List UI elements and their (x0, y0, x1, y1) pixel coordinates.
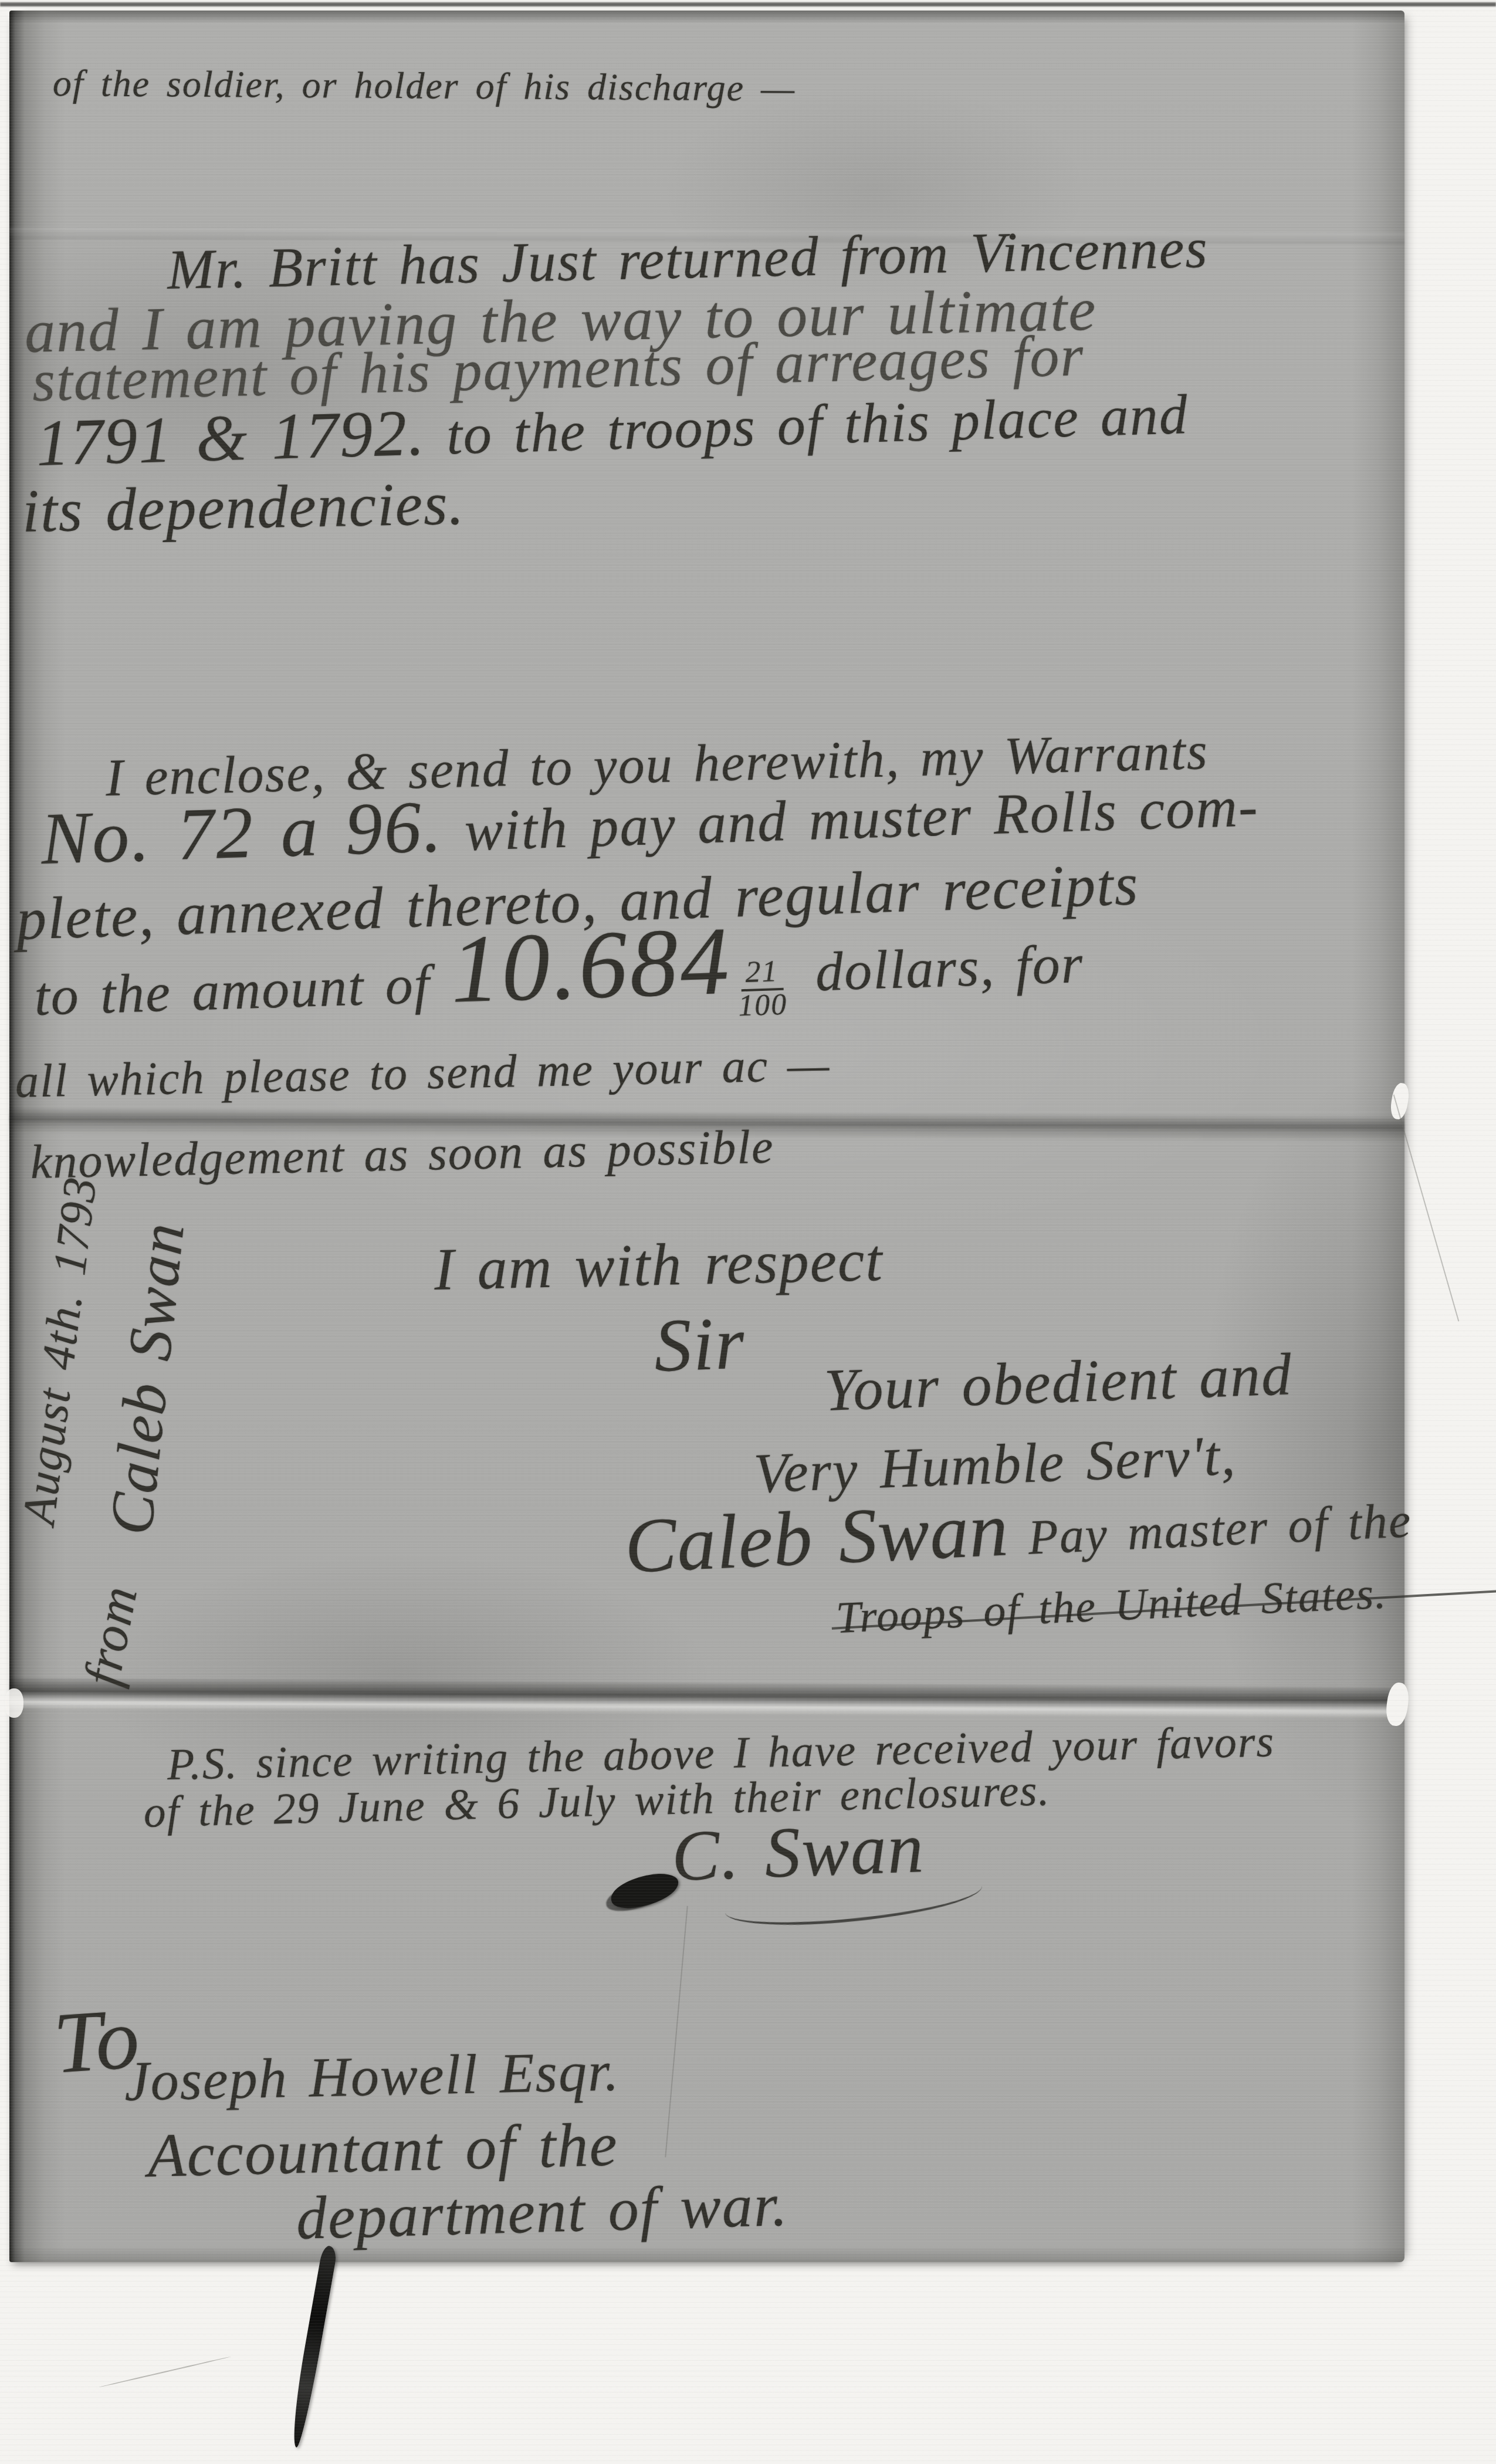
closing-respect-line: I am with respect (434, 1231, 884, 1300)
scanner-top-edge (0, 2, 1496, 6)
fraction-numerator: 21 (740, 957, 784, 992)
amount-dollars: 10.684 (449, 907, 733, 1023)
paper-edge-notch (5, 1688, 23, 1718)
address-line3: department of war. (296, 2175, 789, 2249)
address-line1: Joseph Howell Esqr. (124, 2043, 620, 2110)
paragraph1-line5: its dependencies. (22, 473, 465, 542)
closing-obedient-line: Your obedient and (823, 1345, 1293, 1421)
fraction-denominator: 100 (738, 990, 788, 1021)
scanner-scratch (99, 2356, 232, 2388)
warrant-numbers: No. 72 a 96. (40, 786, 445, 880)
amount-prefix: to the amount of (33, 954, 432, 1027)
amount-fraction: 21100 (737, 957, 788, 1021)
signature-caleb-swan: Caleb Swan (623, 1485, 1010, 1589)
opening-fragment-line: of the soldier, or holder of his dischar… (53, 65, 796, 107)
pen-artifact (287, 2245, 338, 2448)
address-line2: Accountant of the (147, 2113, 619, 2187)
closing-sir: Sir (653, 1305, 747, 1383)
year-range: 1791 & 1792. (35, 397, 426, 480)
scanned-letter-page: of the soldier, or holder of his dischar… (0, 0, 1496, 2464)
amount-suffix: dollars, for (814, 933, 1084, 1003)
